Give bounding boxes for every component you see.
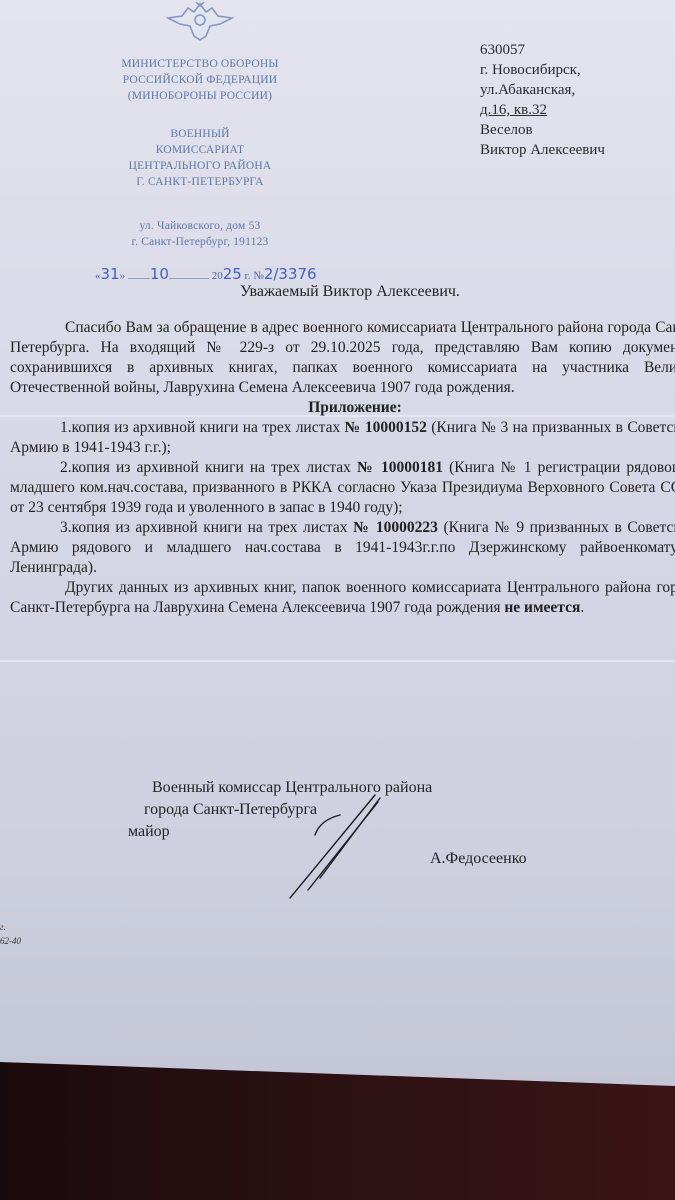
item-text: 2.копия из архивной книги на трех листах [60,459,357,476]
letter-body: Спасибо Вам за обращение в адрес военног… [10,318,675,618]
letterhead: МИНИСТЕРСТВО ОБОРОНЫ РОССИЙСКОЙ ФЕДЕРАЦИ… [100,0,300,250]
reg-month: 10 [150,265,169,283]
quote-close: » [120,270,126,282]
office-line: ЦЕНТРАЛЬНОГО РАЙОНА [100,158,300,174]
appendix-item: 2.копия из архивной книги на трех листах… [10,458,675,518]
office-name: ВОЕННЫЙ КОМИССАРИАТ ЦЕНТРАЛЬНОГО РАЙОНА … [100,126,300,190]
ministry-name: МИНИСТЕРСТВО ОБОРОНЫ РОССИЙСКОЙ ФЕДЕРАЦИ… [100,56,300,104]
closing-period: . [580,599,584,616]
item-number: № 10000181 [357,459,443,476]
reg-year-prefix: 20 [212,270,223,282]
footer-note: г. 62-40 [0,920,21,948]
reg-number: 2/3376 [264,265,317,283]
paper-fold-line [0,660,675,662]
item-number: № 10000223 [353,519,438,536]
office-street: ул. Чайковского, дом 53 [100,218,300,234]
postal-code: 630057 [480,40,605,60]
appendix-title: Приложение: [10,398,675,418]
reg-year-label: г. [245,270,251,282]
reg-year-suffix: 25 [223,265,242,283]
signer-name: А.Федосеенко [430,850,527,868]
paragraph-intro: Спасибо Вам за обращение в адрес военног… [10,318,675,398]
office-address: ул. Чайковского, дом 53 г. Санкт-Петербу… [100,218,300,250]
ministry-line: (МИНОБОРОНЫ РОССИИ) [100,88,300,104]
reg-number-label: № [253,270,264,282]
office-line: Г. САНКТ-ПЕТЕРБУРГА [100,174,300,190]
office-city: г. Санкт-Петербург, 191123 [100,234,300,250]
double-headed-eagle-icon [160,0,240,42]
greeting: Уважаемый Виктор Алексеевич. [240,283,460,301]
item-text: 3.копия из архивной книги на трех листах [60,519,353,536]
closing-emphasis: не имеется [504,599,580,616]
office-line: КОМИССАРИАТ [100,142,300,158]
ministry-line: МИНИСТЕРСТВО ОБОРОНЫ [100,56,300,72]
handwritten-signature-icon [280,790,400,910]
ministry-line: РОССИЙСКОЙ ФЕДЕРАЦИИ [100,72,300,88]
street: ул.Абаканская, [480,80,605,100]
paragraph-closing: Других данных из архивных книг, папок во… [10,578,675,618]
footer-line: г. [0,920,21,934]
footer-phone: 62-40 [0,934,21,948]
surname: Веселов [480,120,605,140]
appendix-item: 3.копия из архивной книги на трех листах… [10,518,675,578]
item-text: 1.копия из архивной книги на трех листах [60,419,345,436]
registration-line: «31» 10 2025 г. №2/3376 [95,265,317,283]
letter-page: МИНИСТЕРСТВО ОБОРОНЫ РОССИЙСКОЙ ФЕДЕРАЦИ… [0,0,675,1090]
addressee-block: 630057 г. Новосибирск, ул.Абаканская, д.… [480,40,605,160]
office-line: ВОЕННЫЙ [100,126,300,142]
given-name: Виктор Алексеевич [480,140,605,160]
appendix-item: 1.копия из архивной книги на трех листах… [10,418,675,458]
reg-day: 31 [101,265,120,283]
city: г. Новосибирск, [480,60,605,80]
house: д.16, кв.32 [480,100,605,120]
item-number: № 10000152 [345,419,427,436]
